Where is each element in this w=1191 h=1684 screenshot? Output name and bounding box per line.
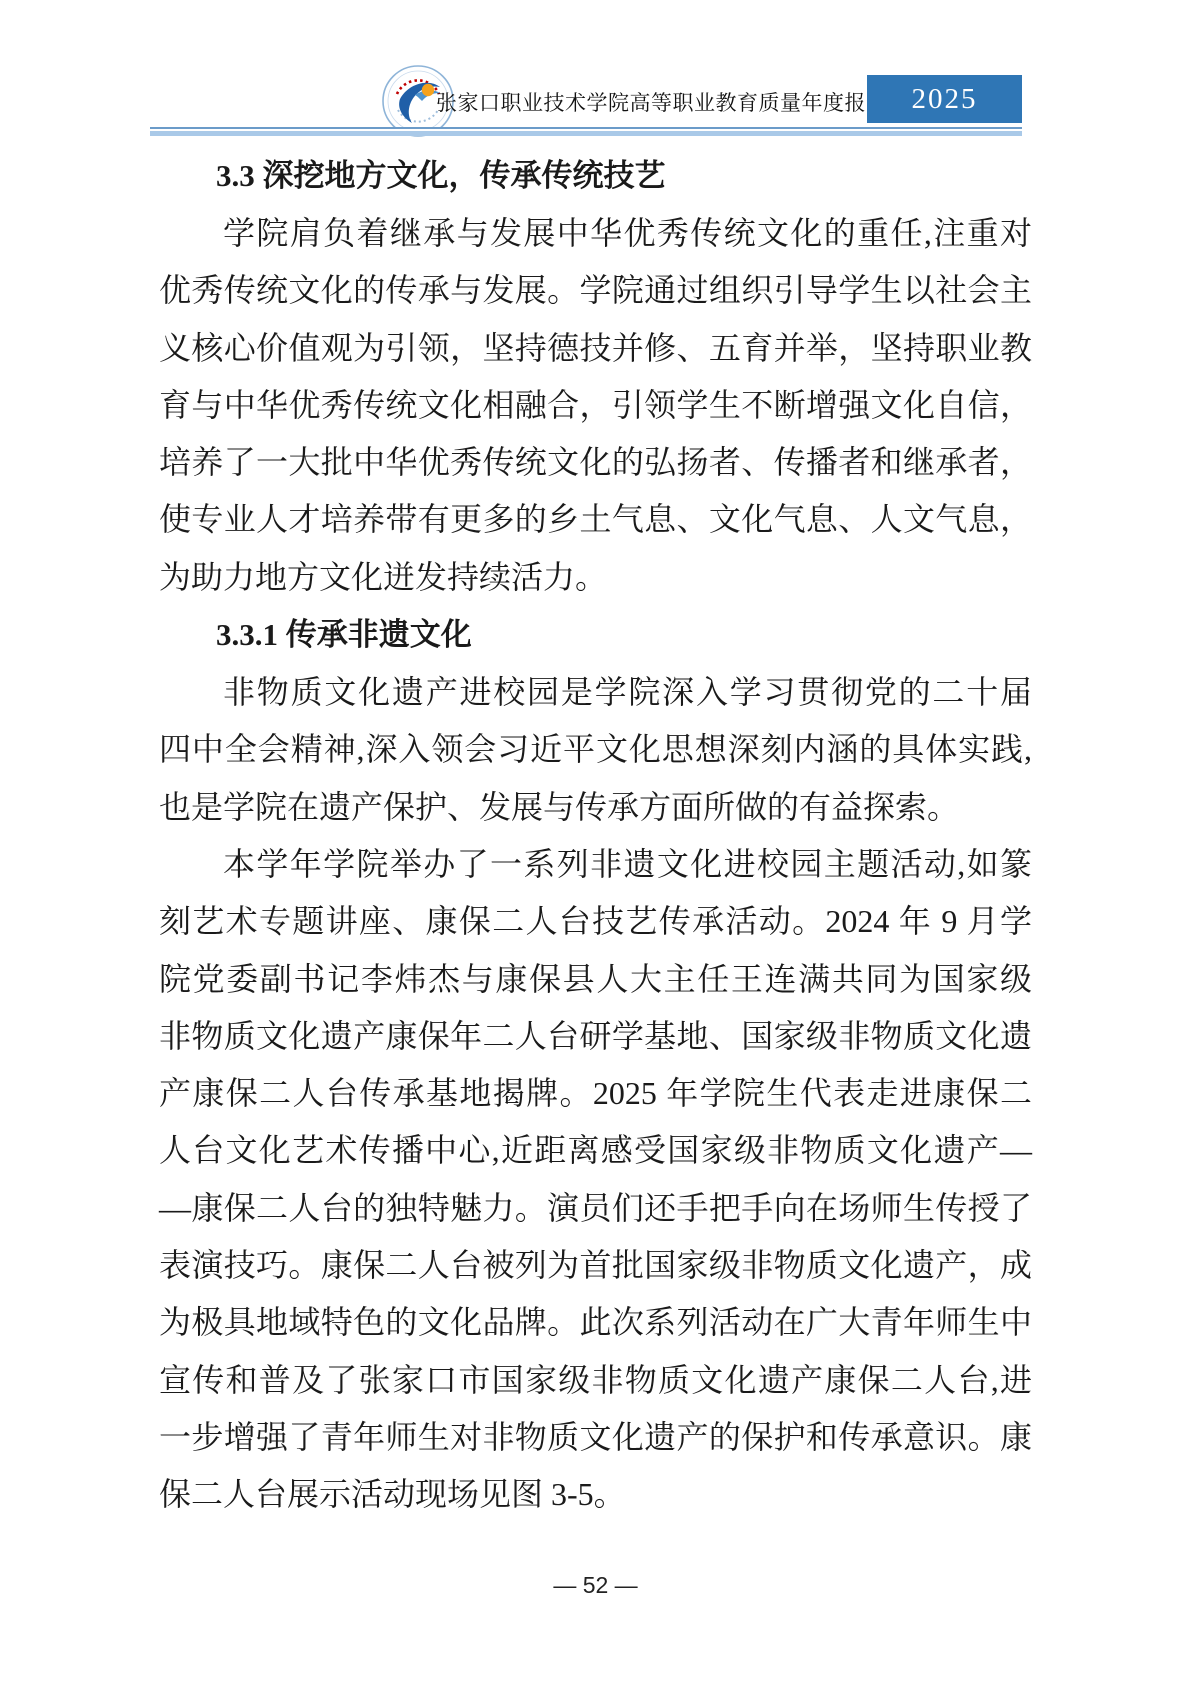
year-badge: 2025 (867, 75, 1022, 123)
text-line: —康保二人台的独特魅力。演员们还手把手向在场师生传授了 (159, 1180, 1032, 1237)
text-line: 宣传和普及了张家口市国家级非物质文化遗产康保二人台,进 (159, 1352, 1032, 1409)
text-line: 优秀传统文化的传承与发展。学院通过组织引导学生以社会主 (159, 262, 1032, 319)
text-line: 也是学院在遗产保护、发展与传承方面所做的有益探索。 (159, 779, 1032, 836)
text-line: 刻艺术专题讲座、康保二人台技艺传承活动。2024 年 9 月学 (159, 893, 1032, 950)
text-line: 非物质文化遗产康保年二人台研学基地、国家级非物质文化遗 (159, 1008, 1032, 1065)
paragraph-3: 本学年学院举办了一系列非遗文化进校园主题活动,如篆刻艺术专题讲座、康保二人台技艺… (159, 836, 1032, 1524)
text-line: 本学年学院举办了一系列非遗文化进校园主题活动,如篆 (159, 836, 1032, 893)
page-footer: — 52 — (0, 1572, 1191, 1608)
text-line: 义核心价值观为引领，坚持德技并修、五育并举，坚持职业教 (159, 320, 1032, 377)
text-line: 四中全会精神,深入领会习近平文化思想深刻内涵的具体实践, (159, 721, 1032, 778)
text-line: 为极具地域特色的文化品牌。此次系列活动在广大青年师生中 (159, 1294, 1032, 1351)
header-title: 张家口职业技术学院高等职业教育质量年度报告 (436, 82, 866, 124)
text-line: 非物质文化遗产进校园是学院深入学习贯彻党的二十届 (159, 664, 1032, 721)
paragraph-2: 非物质文化遗产进校园是学院深入学习贯彻党的二十届四中全会精神,深入领会习近平文化… (159, 664, 1032, 836)
text-line: 一步增强了青年师生对非物质文化遗产的保护和传承意识。康 (159, 1409, 1032, 1466)
report-page: { "header": { "logo": "college-logo", "t… (0, 0, 1191, 1684)
page-content: 3.3 深挖地方文化，传承传统技艺 学院肩负着继承与发展中华优秀传统文化的重任,… (159, 147, 1032, 1524)
page-header: 张家口职业技术学院高等职业教育质量年度报告 2025 (0, 0, 1191, 140)
header-rule (150, 127, 1022, 136)
text-line: 使专业人才培养带有更多的乡土气息、文化气息、人文气息， (159, 491, 1032, 548)
text-line: 院党委副书记李炜杰与康保县人大主任王连满共同为国家级 (159, 951, 1032, 1008)
section-heading-3-3: 3.3 深挖地方文化，传承传统技艺 (159, 147, 1032, 205)
logo-sun (422, 84, 434, 96)
paragraph-1: 学院肩负着继承与发展中华优秀传统文化的重任,注重对优秀传统文化的传承与发展。学院… (159, 205, 1032, 606)
text-line: 学院肩负着继承与发展中华优秀传统文化的重任,注重对 (159, 205, 1032, 262)
text-line: 为助力地方文化迸发持续活力。 (159, 549, 1032, 606)
subsection-heading-3-3-1: 3.3.1 传承非遗文化 (159, 606, 1032, 664)
text-line: 人台文化艺术传播中心,近距离感受国家级非物质文化遗产— (159, 1122, 1032, 1179)
text-line: 产康保二人台传承基地揭牌。2025 年学院生代表走进康保二 (159, 1065, 1032, 1122)
text-line: 保二人台展示活动现场见图 3-5。 (159, 1466, 1032, 1523)
text-line: 育与中华优秀传统文化相融合，引领学生不断增强文化自信， (159, 377, 1032, 434)
text-line: 培养了一大批中华优秀传统文化的弘扬者、传播者和继承者， (159, 434, 1032, 491)
page-number: — 52 — (553, 1572, 637, 1598)
text-line: 表演技巧。康保二人台被列为首批国家级非物质文化遗产，成 (159, 1237, 1032, 1294)
